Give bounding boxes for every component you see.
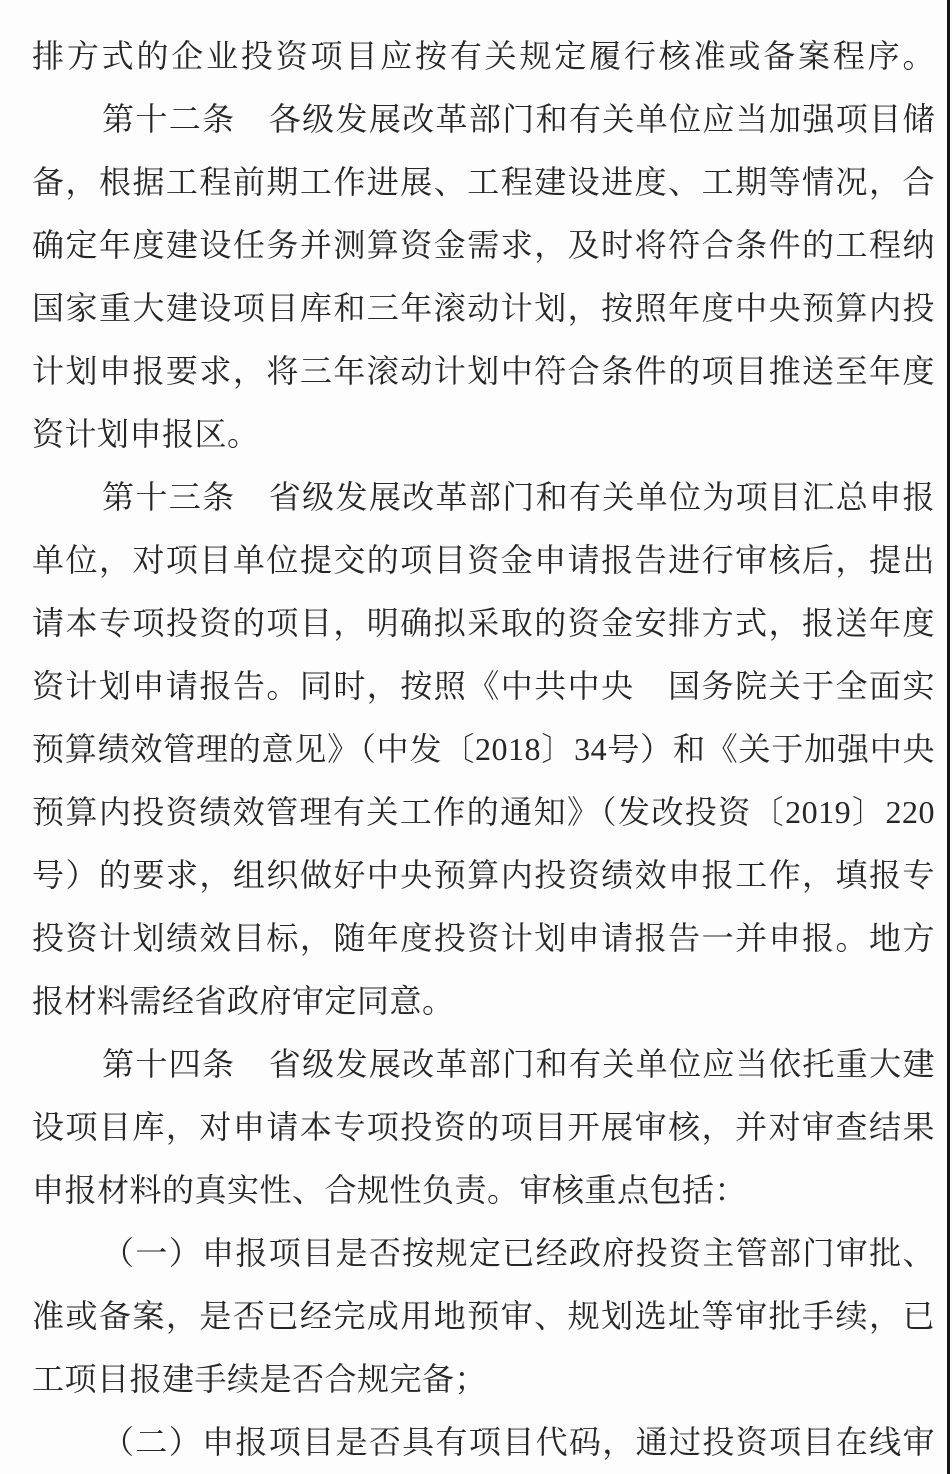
text-line: 工项目报建手续是否合规完备； bbox=[32, 1348, 935, 1411]
text-line: 预算内投资绩效管理有关工作的通知》（发改投资〔2019〕220 bbox=[32, 781, 935, 844]
text-line: 排方式的企业投资项目应按有关规定履行核准或备案程序。 bbox=[32, 25, 935, 88]
document-page: 排方式的企业投资项目应按有关规定履行核准或备案程序。第十二条 各级发展改革部门和… bbox=[0, 0, 952, 1474]
text-line: 设项目库，对申请本专项投资的项目开展审核，并对审查结果和 bbox=[32, 1096, 935, 1159]
scan-edge-line bbox=[947, 0, 950, 1474]
text-line: 资计划申请报告。同时，按照《中共中央 国务院关于全面实施 bbox=[32, 655, 935, 718]
text-line: （一）申报项目是否按规定已经政府投资主管部门审批、核 bbox=[32, 1222, 935, 1285]
text-line: 第十四条 省级发展改革部门和有关单位应当依托重大建 bbox=[32, 1033, 935, 1096]
text-line: （二）申报项目是否具有项目代码，通过投资项目在线审批 bbox=[32, 1411, 935, 1474]
text-line: 第十二条 各级发展改革部门和有关单位应当加强项目储 bbox=[32, 88, 935, 151]
text-line: 国家重大建设项目库和三年滚动计划，按照年度中央预算内投资 bbox=[32, 277, 935, 340]
text-line: 投资计划绩效目标，随年度投资计划申请报告一并申报。地方申 bbox=[32, 907, 935, 970]
text-line: 资计划申报区。 bbox=[32, 403, 935, 466]
text-line: 备，根据工程前期工作进展、工程建设进度、工期等情况，合理 bbox=[32, 151, 935, 214]
text-line: 请本专项投资的项目，明确拟采取的资金安排方式，报送年度投 bbox=[32, 592, 935, 655]
text-line: 确定年度建设任务并测算资金需求，及时将符合条件的工程纳入 bbox=[32, 214, 935, 277]
text-line: 报材料需经省政府审定同意。 bbox=[32, 970, 935, 1033]
text-line: 预算绩效管理的意见》（中发〔2018〕34号）和《关于加强中央 bbox=[32, 718, 935, 781]
text-line: 单位，对项目单位提交的项目资金申请报告进行审核后，提出申 bbox=[32, 529, 935, 592]
text-line: 第十三条 省级发展改革部门和有关单位为项目汇总申报 bbox=[32, 466, 935, 529]
document-body: 排方式的企业投资项目应按有关规定履行核准或备案程序。第十二条 各级发展改革部门和… bbox=[32, 25, 935, 1474]
text-line: 申报材料的真实性、合规性负责。审核重点包括： bbox=[32, 1159, 935, 1222]
text-line: 号）的要求，组织做好中央预算内投资绩效申报工作，填报专项 bbox=[32, 844, 935, 907]
text-line: 准或备案，是否已经完成用地预审、规划选址等审批手续，已开 bbox=[32, 1285, 935, 1348]
text-line: 计划申报要求，将三年滚动计划中符合条件的项目推送至年度投 bbox=[32, 340, 935, 403]
